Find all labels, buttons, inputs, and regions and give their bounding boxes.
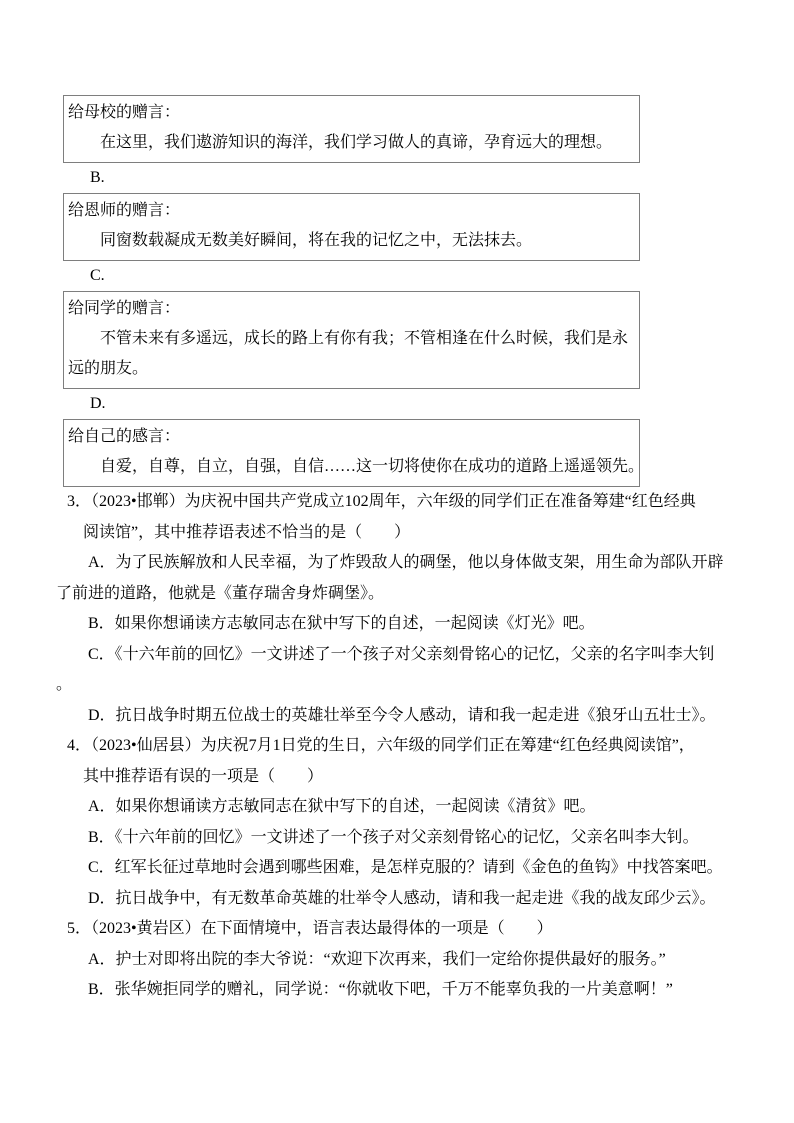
document-text-line: 3．（2023•邯郸）为庆祝中国共产党成立102周年，六年级的同学们正在准备筹建… [56, 487, 756, 518]
document-text-line: B．张华婉拒同学的赠礼，同学说：“你就收下吧，千万不能辜负我的一片美意啊！” [56, 975, 756, 1006]
document-text-line: 阅读馆”，其中推荐语表述不恰当的是（ ） [56, 518, 756, 549]
document-page: 给母校的赠言：在这里，我们遨游知识的海洋，我们学习做人的真谛，孕育远大的理想。B… [0, 0, 794, 1123]
gift-message-box-title: 给同学的赠言： [64, 294, 639, 324]
gift-message-box: 给同学的赠言：不管未来有多遥远，成长的路上有你有我；不管相逢在什么时候，我们是永… [63, 291, 640, 389]
document-text-line: 了前进的道路，他就是《董存瑞舍身炸碉堡》。 [56, 579, 756, 610]
document-text-line: A．护士对即将出院的李大爷说：“欢迎下次再来，我们一定给你提供最好的服务。” [56, 945, 756, 976]
document-text-line: B．《十六年前的回忆》一文讲述了一个孩子对父亲刻骨铭心的记忆，父亲名叫李大钊。 [56, 823, 756, 854]
document-content: 给母校的赠言：在这里，我们遨游知识的海洋，我们学习做人的真谛，孕育远大的理想。B… [56, 95, 756, 1006]
gift-message-box: 给自己的感言：自爱，自尊，自立，自强，自信……这一切将使你在成功的道路上遥遥领先… [63, 419, 640, 487]
document-text-line: D．抗日战争中，有无数革命英雄的壮举令人感动，请和我一起走进《我的战友邱少云》。 [56, 884, 756, 915]
gift-message-box-text-line: 不管未来有多遥远，成长的路上有你有我；不管相逢在什么时候，我们是永 [64, 324, 639, 354]
document-text-line: C．红军长征过草地时会遇到哪些困难，是怎样克服的？请到《金色的鱼钩》中找答案吧。 [56, 853, 756, 884]
gift-message-box-title: 给恩师的赠言： [64, 196, 639, 226]
document-text-line: 5．（2023•黄岩区）在下面情境中，语言表达最得体的一项是（ ） [56, 914, 756, 945]
option-letter-line: C. [56, 261, 756, 291]
gift-message-box-text-line: 在这里，我们遨游知识的海洋，我们学习做人的真谛，孕育远大的理想。 [64, 128, 639, 158]
document-text-line: 。 [56, 670, 756, 701]
document-text-line: C．《十六年前的回忆》一文讲述了一个孩子对父亲刻骨铭心的记忆，父亲的名字叫李大钊 [56, 640, 756, 671]
document-text-line: A．为了民族解放和人民幸福，为了炸毁敌人的碉堡，他以身体做支架，用生命为部队开辟 [56, 548, 756, 579]
gift-message-box-text-line: 远的朋友。 [64, 354, 639, 384]
document-text-line: 其中推荐语有误的一项是（ ） [56, 762, 756, 793]
gift-message-box-text-line: 自爱，自尊，自立，自强，自信……这一切将使你在成功的道路上遥遥领先。 [64, 452, 639, 482]
option-letter-line: B. [56, 163, 756, 193]
document-text-line: B．如果你想诵读方志敏同志在狱中写下的自述，一起阅读《灯光》吧。 [56, 609, 756, 640]
option-letter-line: D. [56, 389, 756, 419]
gift-message-box-title: 给自己的感言： [64, 422, 639, 452]
gift-message-box-text-line: 同窗数载凝成无数美好瞬间，将在我的记忆之中，无法抹去。 [64, 226, 639, 256]
document-text-line: 4．（2023•仙居县）为庆祝7月1日党的生日，六年级的同学们正在筹建“红色经典… [56, 731, 756, 762]
gift-message-box-title: 给母校的赠言： [64, 98, 639, 128]
gift-message-box: 给恩师的赠言：同窗数载凝成无数美好瞬间，将在我的记忆之中，无法抹去。 [63, 193, 640, 261]
document-text-line: D．抗日战争时期五位战士的英雄壮举至今令人感动，请和我一起走进《狼牙山五壮士》。 [56, 701, 756, 732]
gift-message-box: 给母校的赠言：在这里，我们遨游知识的海洋，我们学习做人的真谛，孕育远大的理想。 [63, 95, 640, 163]
document-text-line: A．如果你想诵读方志敏同志在狱中写下的自述，一起阅读《清贫》吧。 [56, 792, 756, 823]
